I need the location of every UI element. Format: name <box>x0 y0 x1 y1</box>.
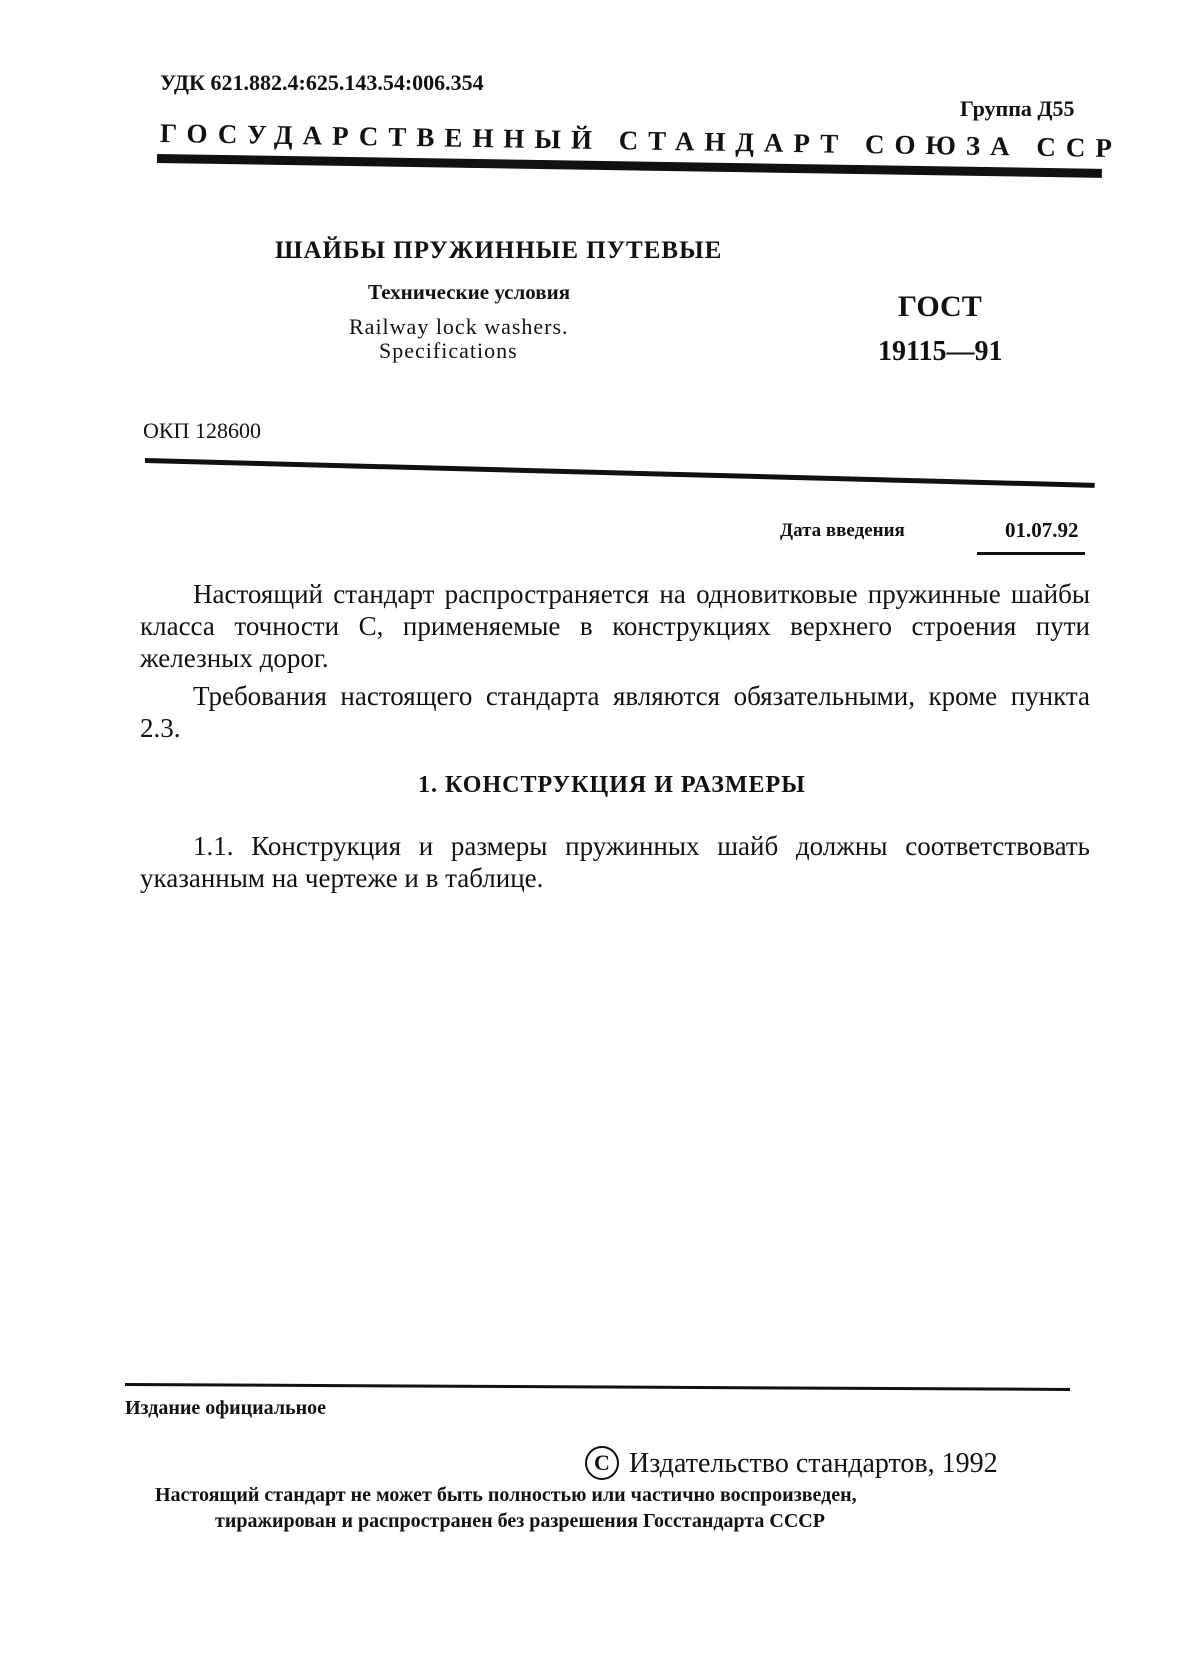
english-title-line1: Railway lock washers. <box>349 314 569 340</box>
okp-code: ОКП 128600 <box>143 418 261 444</box>
document-subtitle: Технические условия <box>368 280 570 305</box>
reproduction-notice-line2: тиражирован и распространен без разрешен… <box>215 1510 825 1533</box>
copyright-icon: C <box>585 1446 619 1480</box>
document-title: ШАЙБЫ ПРУЖИННЫЕ ПУТЕВЫЕ <box>275 237 722 265</box>
copyright-line: CИздательство стандартов, 1992 <box>585 1446 998 1480</box>
group-code: Группа Д55 <box>960 96 1075 122</box>
section-heading: 1. КОНСТРУКЦИЯ И РАЗМЕРЫ <box>418 772 806 799</box>
gost-number: 19115—91 <box>878 336 1002 368</box>
official-edition: Издание официальное <box>125 1397 326 1420</box>
english-title-line2: Specifications <box>379 338 518 364</box>
title-rule <box>145 458 1095 488</box>
requirements-paragraph: Требования настоящего стандарта являются… <box>140 680 1090 744</box>
intro-date-value: 01.07.92 <box>1005 518 1079 543</box>
copyright-text: Издательство стандартов, 1992 <box>629 1448 998 1479</box>
udk-code: УДК 621.882.4:625.143.54:006.354 <box>160 70 484 96</box>
footer-rule <box>125 1383 1070 1391</box>
scope-paragraph: Настоящий стандарт распространяется на о… <box>140 578 1090 674</box>
reproduction-notice-line1: Настоящий стандарт не может быть полност… <box>155 1484 857 1507</box>
intro-date-label: Дата введения <box>780 520 905 542</box>
gost-label: ГОСТ <box>898 290 982 324</box>
date-underline <box>977 552 1085 555</box>
clause-1-1: 1.1. Конструкция и размеры пружинных шай… <box>140 830 1090 894</box>
